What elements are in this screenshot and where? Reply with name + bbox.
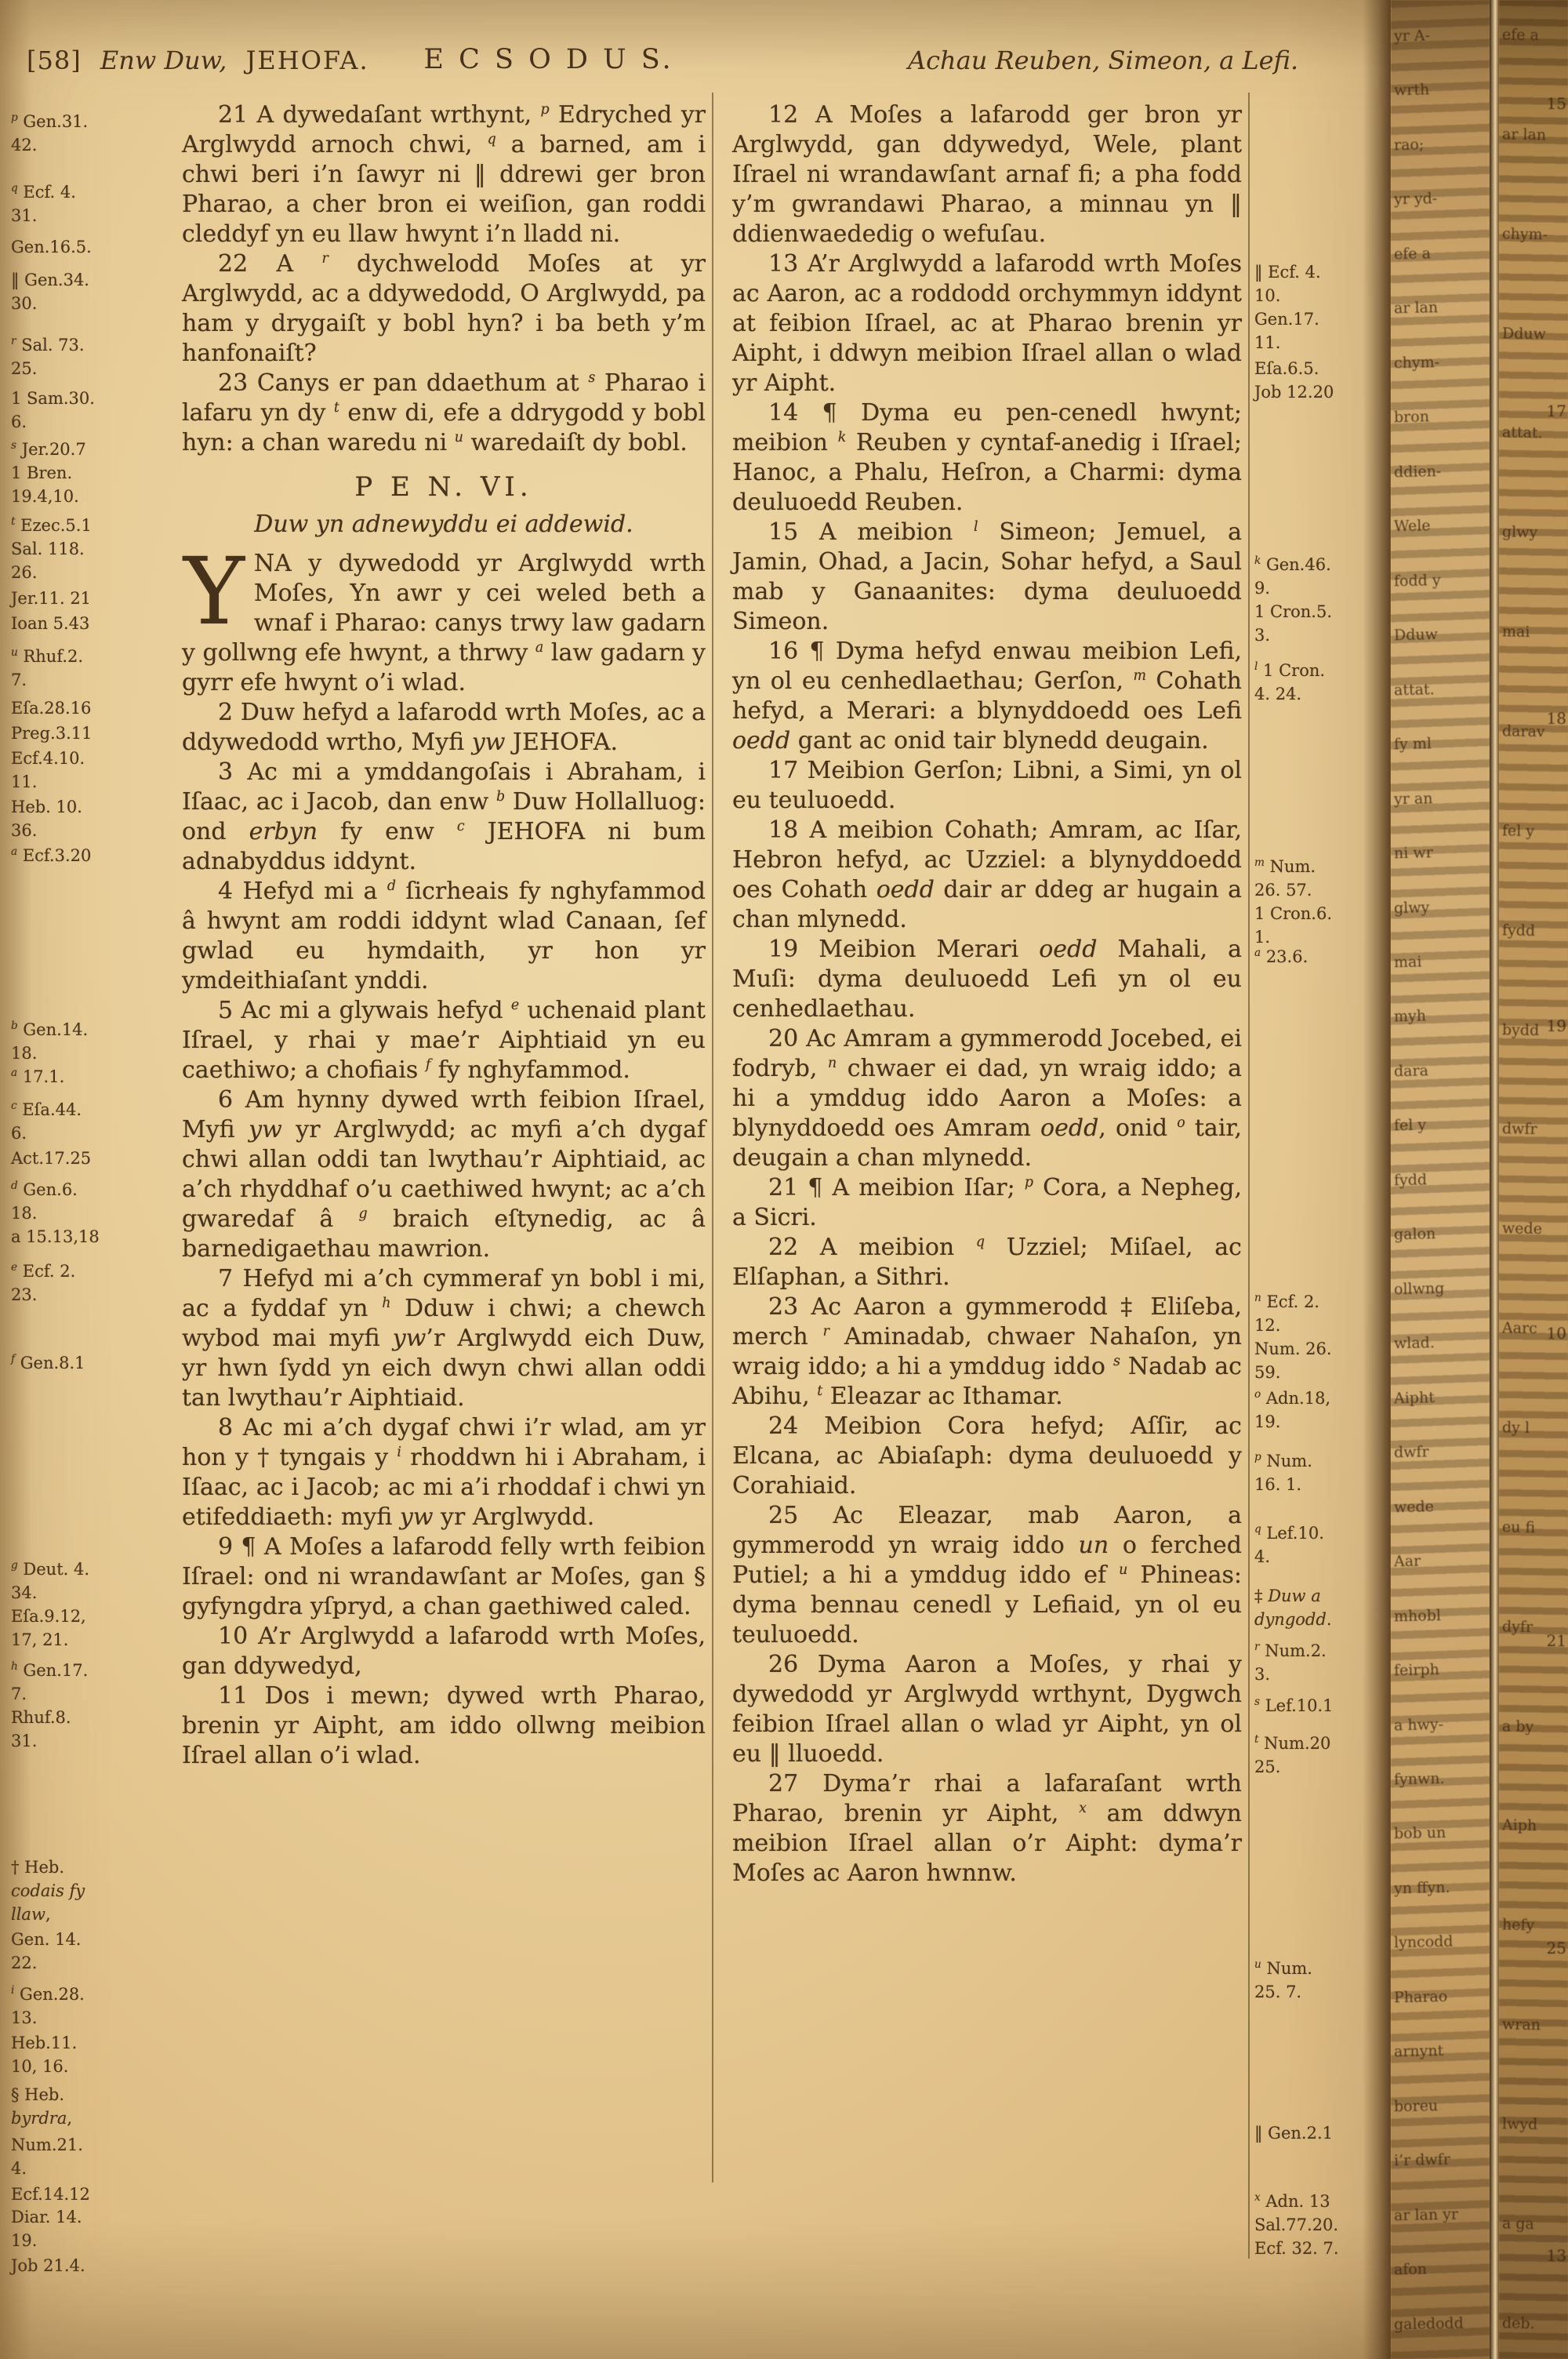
margin-note-line: Heb.11.	[11, 2031, 176, 2055]
verse: 4 Hefyd mi a d ſicrheais fy nghyfammod â…	[182, 877, 706, 996]
margin-note-line: 4.	[1254, 1545, 1374, 1568]
drop-cap: Y	[182, 549, 254, 627]
edge-text-fragment: Pharao	[1394, 1987, 1486, 2006]
margin-note-line: r Num.2.	[1254, 1639, 1374, 1663]
edge-text-fragment: dwfr	[1394, 1442, 1486, 1461]
margin-note-line: 4. 24.	[1254, 682, 1374, 706]
margin-note: † Heb.codais fyllaw,	[11, 1856, 176, 1926]
verse: 23 Ac Aaron a gymmerodd ‡ Eliſeba, merch…	[732, 1292, 1242, 1412]
header-right-summary: Achau Reuben, Simeon, a Lefi.	[908, 45, 1298, 75]
edge-text-fragment: yn ffyn.	[1394, 1878, 1486, 1897]
verse: 23 Canys er pan ddaethum at s Pharao i l…	[182, 369, 706, 458]
margin-note: s Lef.10.1	[1254, 1694, 1374, 1717]
margin-note-line: m Num.	[1254, 855, 1374, 878]
margin-note: Rhuf.8.31.	[11, 1706, 176, 1753]
margin-note-line: 3.	[1254, 623, 1374, 647]
margin-note: o Adn.18,19.	[1254, 1387, 1374, 1434]
margin-note-line: Diar. 14.	[11, 2205, 176, 2229]
margin-note-line: 30.	[11, 292, 176, 315]
margin-note-line: 1 Sam.30.	[11, 387, 176, 410]
margin-note-line: 10, 16.	[11, 2055, 176, 2078]
edge-text-fragment: attat.	[1394, 679, 1486, 698]
margin-note-line: 23.	[11, 1283, 176, 1307]
margin-note-line: f Gen.8.1	[11, 1351, 176, 1375]
margin-note-line: byrdra,	[11, 2106, 176, 2130]
margin-note-line: 42.	[11, 133, 176, 157]
margin-note-line: ‡ Duw a	[1254, 1584, 1374, 1608]
margin-note-line: Ecf. 32. 7.	[1254, 2237, 1374, 2260]
margin-note-line: † Heb.	[11, 1856, 176, 1879]
left-text-column: 21 A dywedaſant wrthynt, p Edryched yr A…	[182, 100, 706, 1771]
edge-text-fragment: boreu	[1394, 2096, 1486, 2115]
edge-verse-number: 19	[1540, 1016, 1566, 1035]
edge-text-fragment: wrth	[1394, 80, 1486, 99]
edge-text-fragment: ar lan yr	[1394, 2205, 1486, 2224]
margin-note: a 15.13,18	[11, 1225, 176, 1249]
margin-note-line: a 23.6.	[1254, 945, 1374, 969]
margin-note-line: Gen.17.	[1254, 307, 1374, 331]
verse: 21 ¶ A meibion Iſar; p Cora, a Nepheg, a…	[732, 1173, 1242, 1233]
margin-note-line: 17, 21.	[11, 1628, 176, 1652]
right-margin-notes: ‖ Ecf. 4.10.Gen.17.11.Eſa.6.5.Job 12.20k…	[1254, 0, 1374, 2359]
edge-text-fragment: lyncodd	[1394, 1932, 1486, 1951]
margin-note-line: a 15.13,18	[11, 1225, 176, 1249]
margin-note-line: Num.21.	[11, 2133, 176, 2157]
margin-note-line: a 17.1.	[11, 1065, 176, 1089]
margin-note-line: 25. 7.	[1254, 1980, 1374, 2004]
edge-text-fragment: dara	[1394, 1061, 1486, 1080]
margin-note-line: 11.	[1254, 331, 1374, 354]
margin-note: Ioan 5.43	[11, 612, 176, 635]
margin-note-line: 9.	[1254, 576, 1374, 600]
gutter-shadow	[1363, 0, 1391, 2359]
margin-note: p Gen.31.42.	[11, 110, 176, 157]
margin-note: i Gen.28.13.	[11, 1983, 176, 2030]
edge-text-fragment: i’r dwfr	[1394, 2150, 1486, 2169]
margin-note: Heb. 10.36.	[11, 795, 176, 842]
margin-note-line: o Adn.18,	[1254, 1387, 1374, 1410]
margin-note-line: Gen. 14.	[11, 1928, 176, 1951]
margin-note: a Ecf.3.20	[11, 844, 176, 867]
margin-note-line: 12.	[1254, 1314, 1374, 1337]
margin-note-line: n Ecf. 2.	[1254, 1290, 1374, 1314]
chapter-summary: Duw yn adnewyddu ei addewid.	[182, 510, 706, 540]
verse: 3 Ac mi a ymddangoſais i Abraham, i Iſaa…	[182, 758, 706, 877]
edge-text-fragment: yr yd-	[1394, 189, 1486, 208]
edge-text-fragment: mhobl	[1394, 1605, 1486, 1624]
margin-note-line: 26. 57.	[1254, 878, 1374, 902]
margin-note-line: 11.	[11, 770, 176, 794]
edge-text-fragment: a hwy-	[1394, 1714, 1486, 1733]
verse: 5 Ac mi a glywais hefyd e uchenaid plant…	[182, 996, 706, 1085]
margin-note-line: i Gen.28.	[11, 1983, 176, 2006]
margin-note-line: 6.	[11, 1121, 176, 1145]
margin-note: m Num.26. 57.1 Cron.6.1.	[1254, 855, 1374, 949]
margin-note-line: 25.	[11, 357, 176, 380]
margin-note-line: 13.	[11, 2006, 176, 2030]
verse: 21 A dywedaſant wrthynt, p Edryched yr A…	[182, 100, 706, 249]
margin-note-line: 18.	[11, 1201, 176, 1225]
margin-note-line: p Num.	[1254, 1449, 1374, 1473]
verse: 7 Hefyd mi a’ch cymmeraf yn bobl i mi, a…	[182, 1264, 706, 1413]
margin-note-line: u Num.	[1254, 1957, 1374, 1980]
margin-note: t Ezec.5.1Sal. 118.26.	[11, 514, 176, 584]
edge-text-fragment: yr A-	[1394, 26, 1486, 45]
running-header: [58] Enw Duw, JEHOFA. E C S O D U S. Ach…	[0, 45, 1372, 88]
margin-note: Gen.16.5.	[11, 235, 176, 259]
margin-note: q Ecf. 4.31.	[11, 180, 176, 227]
margin-note-line: 25.	[1254, 1755, 1374, 1779]
margin-note-line: 19.4,10.	[11, 485, 176, 508]
margin-note-line: 6.	[11, 410, 176, 434]
margin-note-line: Job 21.4.	[11, 2254, 176, 2277]
margin-note: k Gen.46.9.1 Cron.5.3.	[1254, 553, 1374, 647]
margin-note-line: 31.	[11, 204, 176, 227]
edge-text-fragment: efe a	[1394, 244, 1486, 263]
margin-divider-rule	[1248, 93, 1250, 2259]
edge-text-fragment: ni wr	[1394, 843, 1486, 862]
margin-note-line: b Gen.14.	[11, 1018, 176, 1041]
verse: 6 Am hynny dywed wrth feibion Iſrael, My…	[182, 1085, 706, 1264]
edge-text-fragment: fynwn.	[1394, 1769, 1486, 1788]
edge-text-fragment: bron	[1394, 407, 1486, 426]
margin-note-line: Ecf.4.10.	[11, 747, 176, 770]
edge-text-fragment: ar lan	[1394, 298, 1486, 317]
scanned-bible-page: [58] Enw Duw, JEHOFA. E C S O D U S. Ach…	[0, 0, 1568, 2359]
edge-text-fragment: Dduw	[1394, 625, 1486, 644]
margin-note-line: llaw,	[11, 1903, 176, 1926]
margin-note-line: t Ezec.5.1	[11, 514, 176, 537]
margin-note-line: 18.	[11, 1041, 176, 1065]
margin-note: Job 21.4.	[11, 2254, 176, 2277]
verse: 12 A Moſes a lafarodd ger bron yr Arglwy…	[732, 100, 1242, 249]
margin-note: p Num.16. 1.	[1254, 1449, 1374, 1496]
chapter-heading: P E N. VI.	[182, 472, 706, 502]
margin-note: n Ecf. 2.12.Num. 26.59.	[1254, 1290, 1374, 1384]
margin-note: r Num.2.3.	[1254, 1639, 1374, 1686]
edge-verse-number: 18	[1540, 709, 1566, 728]
margin-note-line: Jer.11. 21	[11, 587, 176, 610]
margin-note-line: r Sal. 73.	[11, 333, 176, 357]
verse: 20 Ac Amram a gymmerodd Jocebed, ei fodr…	[732, 1024, 1242, 1173]
verse: 16 ¶ Dyma hefyd enwau meibion Lefi, yn o…	[732, 637, 1242, 756]
margin-note-line: Eſa.28.16	[11, 696, 176, 720]
margin-note: r Sal. 73.25.	[11, 333, 176, 380]
margin-note: h Gen.17.7.	[11, 1659, 176, 1706]
margin-note: Gen. 14.22.	[11, 1928, 176, 1975]
margin-note-line: 22.	[11, 1951, 176, 1975]
margin-note-line: k Gen.46.	[1254, 553, 1374, 576]
edge-verse-number: 21	[1540, 1631, 1566, 1650]
margin-note-line: Rhuf.8.	[11, 1706, 176, 1729]
margin-note-line: Job 12.20	[1254, 380, 1374, 404]
column-divider-rule	[712, 93, 713, 2183]
margin-note: f Gen.8.1	[11, 1351, 176, 1375]
margin-note-line: Gen.16.5.	[11, 235, 176, 259]
verse: 15 A meibion l Simeon; Jemuel, a Jamin, …	[732, 518, 1242, 637]
header-left-caps: JEHOFA.	[246, 45, 369, 75]
margin-note: ‖ Ecf. 4.10.Gen.17.11.	[1254, 260, 1374, 354]
edge-text-fragment: Aar	[1394, 1551, 1486, 1570]
margin-note: ‖ Gen.34.30.	[11, 268, 176, 315]
edge-text-fragment: fydd	[1394, 1170, 1486, 1189]
edge-text-fragment: mai	[1394, 952, 1486, 971]
edge-verse-number: 17	[1540, 402, 1566, 420]
margin-note: d Gen.6.18.	[11, 1178, 176, 1225]
edge-verse-number: 13	[1540, 2246, 1566, 2265]
edge-text-fragment: ollwng	[1394, 1279, 1486, 1298]
margin-note-line: 36.	[11, 819, 176, 842]
margin-note: u Num.25. 7.	[1254, 1957, 1374, 2004]
margin-note-line: 19.	[11, 2229, 176, 2252]
margin-note-line: 31.	[11, 1729, 176, 1753]
margin-note-line: 10.	[1254, 284, 1374, 307]
margin-note-line: Act.17.25	[11, 1147, 176, 1170]
edge-text-fragment: fel y	[1394, 1115, 1486, 1134]
margin-note: x Adn. 13Sal.77.20.Ecf. 32. 7.	[1254, 2190, 1374, 2260]
edge-text-fragment: wede	[1394, 1496, 1486, 1515]
margin-note-line: s Jer.20.7	[11, 438, 176, 461]
edge-text-fragment: glwy	[1394, 897, 1486, 916]
margin-note-line: dyngodd.	[1254, 1608, 1374, 1631]
margin-note: Eſa.6.5.Job 12.20	[1254, 357, 1374, 404]
margin-note-line: Eſa.9.12,	[11, 1605, 176, 1628]
margin-note-line: ‖ Gen.34.	[11, 268, 176, 292]
margin-note: Heb.11.10, 16.	[11, 2031, 176, 2078]
verse: 18 A meibion Cohath; Amram, ac Iſar, Heb…	[732, 816, 1242, 935]
edge-text-fragment: wlad.	[1394, 1333, 1486, 1352]
margin-note-line: d Gen.6.	[11, 1178, 176, 1201]
adjacent-page-edge: yr A-wrthrao;yr yd-efe aar lanchym-brond…	[1363, 0, 1568, 2359]
edge-verse-number: 25	[1540, 1939, 1566, 1957]
margin-note: s Jer.20.71 Bren.19.4,10.	[11, 438, 176, 508]
margin-note-line: 7.	[11, 1682, 176, 1706]
margin-note-line: Heb. 10.	[11, 795, 176, 819]
edge-text-fragment: myh	[1394, 1006, 1486, 1025]
margin-note-line: Eſa.6.5.	[1254, 357, 1374, 380]
edge-text-fragment: arnynt	[1394, 2041, 1486, 2060]
page-crease	[1490, 0, 1499, 2359]
margin-note-line: 26.	[11, 561, 176, 584]
margin-note-line: c Eſa.44.	[11, 1098, 176, 1121]
edge-text-fragment: feirph	[1394, 1660, 1486, 1679]
edge-text-fragment: afon	[1394, 2259, 1486, 2278]
edge-text-fragment: yr an	[1394, 788, 1486, 807]
margin-note: Eſa.9.12,17, 21.	[11, 1605, 176, 1652]
margin-note-line: 59.	[1254, 1361, 1374, 1384]
verse-text: NA y dywedodd yr Arglwydd wrth Moſes, Yn…	[182, 550, 706, 696]
edge-text-fragment: bob un	[1394, 1823, 1486, 1842]
margin-note: Diar. 14.19.	[11, 2205, 176, 2252]
margin-note-line: h Gen.17.	[11, 1659, 176, 1682]
verse: 25 Ac Eleazar, mab Aaron, a gymmerodd yn…	[732, 1501, 1242, 1650]
margin-note-line: 1 Cron.5.	[1254, 600, 1374, 623]
margin-note: Jer.11. 21	[11, 587, 176, 610]
edge-text-fragment: Wele	[1394, 516, 1486, 535]
verse: 19 Meibion Merari oedd Mahali, a Muſi: d…	[732, 935, 1242, 1024]
margin-note-line: Num. 26.	[1254, 1337, 1374, 1361]
verse: 8 Ac mi a’ch dygaf chwi i’r wlad, am yr …	[182, 1413, 706, 1532]
margin-note-line: 3.	[1254, 1663, 1374, 1686]
verse: 13 A’r Arglwydd a lafarodd wrth Moſes ac…	[732, 249, 1242, 398]
verse: 24 Meibion Cora hefyd; Aſſir, ac Elcana,…	[732, 1412, 1242, 1501]
edge-verse-number: 15	[1540, 94, 1566, 113]
margin-note-line: e Ecf. 2.	[11, 1259, 176, 1283]
margin-note-line: § Heb.	[11, 2083, 176, 2106]
margin-note: b Gen.14.18.a 17.1.	[11, 1018, 176, 1089]
margin-note-line: Ecf.14.12	[11, 2183, 176, 2206]
margin-note-line: Sal. 118.	[11, 537, 176, 561]
margin-note-line: a Ecf.3.20	[11, 844, 176, 867]
margin-note-line: codais fy	[11, 1879, 176, 1903]
margin-note: ‡ Duw adyngodd.	[1254, 1584, 1374, 1631]
verse: 14 ¶ Dyma eu pen-cenedl hwynt; meibion k…	[732, 398, 1242, 518]
verse: 10 A’r Arglwydd a lafarodd wrth Moſes, g…	[182, 1622, 706, 1681]
edge-text-fragment: fodd y	[1394, 570, 1486, 589]
margin-note-line: 1 Bren.	[11, 461, 176, 485]
margin-note-line: q Lef.10.	[1254, 1521, 1374, 1545]
edge-text-fragment: galedodd	[1394, 2314, 1486, 2332]
margin-note-line: g Deut. 4.	[11, 1558, 176, 1581]
edge-verse-number: 10	[1540, 1324, 1566, 1343]
margin-note-line: u Rhuf.2.	[11, 645, 176, 668]
margin-note-line: Sal.77.20.	[1254, 2213, 1374, 2237]
margin-note: Ecf.4.10.11.	[11, 747, 176, 794]
margin-note-line: ‖ Ecf. 4.	[1254, 260, 1374, 284]
verse: 27 Dyma’r rhai a lafaraſant wrth Pharao,…	[732, 1769, 1242, 1888]
margin-note: 1 Sam.30.6.	[11, 387, 176, 434]
verse: YNA y dywedodd yr Arglwydd wrth Moſes, Y…	[182, 549, 706, 698]
verse: 26 Dyma Aaron a Moſes, y rhai y dywedodd…	[732, 1650, 1242, 1769]
margin-note-line: 19.	[1254, 1410, 1374, 1434]
margin-note: q Lef.10.4.	[1254, 1521, 1374, 1568]
margin-note: § Heb.byrdra,	[11, 2083, 176, 2130]
margin-note: Act.17.25	[11, 1147, 176, 1170]
margin-note: t Num.2025.	[1254, 1732, 1374, 1779]
edge-text-fragment: rao;	[1394, 135, 1486, 154]
adjacent-page-text-inner: yr A-wrthrao;yr yd-efe aar lanchym-brond…	[1391, 0, 1490, 2359]
margin-note: Preg.3.11	[11, 722, 176, 745]
left-margin-notes: p Gen.31.42.q Ecf. 4.31.Gen.16.5.‖ Gen.3…	[11, 0, 176, 2359]
verse: 22 A meibion q Uzziel; Miſael, ac Elſaph…	[732, 1233, 1242, 1292]
edge-text-fragment: chym-	[1394, 353, 1486, 372]
margin-note-line: p Gen.31.	[11, 110, 176, 133]
edge-text-fragment: Aipht	[1394, 1387, 1486, 1406]
margin-note: a 23.6.	[1254, 945, 1374, 969]
margin-note-line: t Num.20	[1254, 1732, 1374, 1755]
adjacent-page-verse-numbers: 1517181910212513	[1540, 0, 1566, 2359]
margin-note: g Deut. 4.34.	[11, 1558, 176, 1605]
book-title: E C S O D U S.	[423, 44, 673, 75]
margin-note: Eſa.28.16	[11, 696, 176, 720]
edge-text-fragment: ddien-	[1394, 462, 1486, 481]
margin-note-line: 7.	[11, 668, 176, 692]
margin-note: c Eſa.44.6.	[11, 1098, 176, 1145]
verse: 11 Dos i mewn; dywed wrth Pharao, brenin…	[182, 1681, 706, 1771]
margin-note: e Ecf. 2.23.	[11, 1259, 176, 1307]
edge-text-fragment: fy ml	[1394, 734, 1486, 753]
verse: 9 ¶ A Moſes a lafarodd felly wrth feibio…	[182, 1532, 706, 1622]
verse: 2 Duw hefyd a lafarodd wrth Moſes, ac a …	[182, 698, 706, 758]
margin-note-line: q Ecf. 4.	[11, 180, 176, 204]
margin-note-line: Preg.3.11	[11, 722, 176, 745]
margin-note: Ecf.14.12	[11, 2183, 176, 2206]
verse: 17 Meibion Gerſon; Libni, a Simi, yn ol …	[732, 756, 1242, 816]
margin-note-line: x Adn. 13	[1254, 2190, 1374, 2213]
right-text-column: 12 A Moſes a lafarodd ger bron yr Arglwy…	[732, 100, 1242, 1888]
margin-note: ‖ Gen.2.1	[1254, 2121, 1374, 2145]
verse: 22 A r dychwelodd Moſes at yr Arglwydd, …	[182, 249, 706, 369]
margin-note: Num.21.4.	[11, 2133, 176, 2180]
margin-note-line: s Lef.10.1	[1254, 1694, 1374, 1717]
margin-note-line: 4.	[11, 2157, 176, 2180]
margin-note-line: Ioan 5.43	[11, 612, 176, 635]
margin-note-line: l 1 Cron.	[1254, 659, 1374, 682]
margin-note: u Rhuf.2.7.	[11, 645, 176, 692]
margin-note-line: 1 Cron.6.	[1254, 902, 1374, 925]
margin-note-line: 34.	[11, 1581, 176, 1605]
margin-note-line: 16. 1.	[1254, 1473, 1374, 1496]
edge-text-fragment: galon	[1394, 1224, 1486, 1243]
margin-note: l 1 Cron.4. 24.	[1254, 659, 1374, 706]
margin-note-line: ‖ Gen.2.1	[1254, 2121, 1374, 2145]
